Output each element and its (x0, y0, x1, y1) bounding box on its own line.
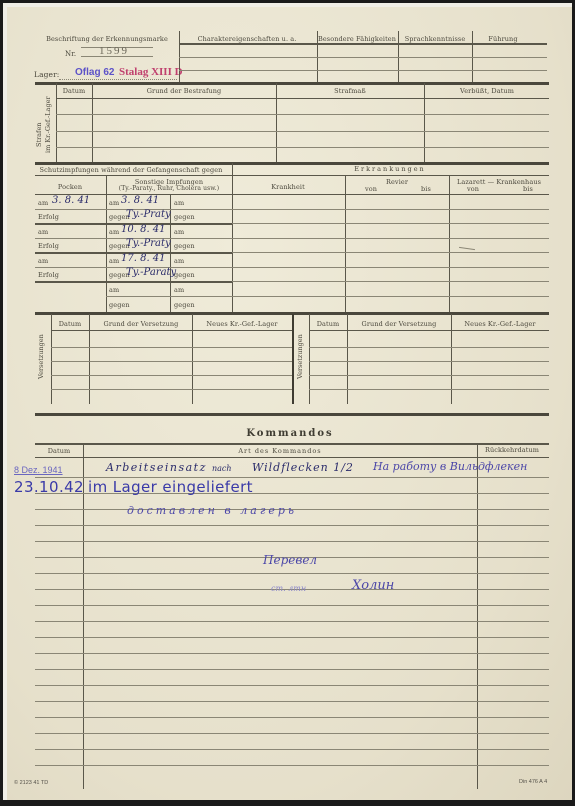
rule (56, 131, 549, 132)
rule (35, 717, 549, 718)
divider (292, 314, 294, 404)
strafen-col-datum: Datum (63, 87, 86, 95)
pocken-erfolg-label: Erfolg (38, 242, 59, 250)
rule (35, 669, 549, 670)
divider (449, 175, 450, 313)
rule (35, 457, 549, 458)
rule (35, 701, 549, 702)
lazarett-bis-label: bis (523, 185, 533, 193)
lazarett-von-label: von (467, 185, 479, 193)
sonstige-date-1: 3. 8. 41 (121, 195, 159, 206)
divider (347, 314, 348, 404)
sonstige-am-label: am (109, 228, 119, 236)
rule (179, 57, 547, 58)
rule (51, 347, 292, 348)
pocken-am-label: am (38, 199, 48, 207)
sonstige-gegen-label: gegen (109, 301, 130, 309)
vers-left-col-datum: Datum (59, 320, 82, 328)
rule (179, 70, 547, 71)
signature-line-1: Перевел (263, 553, 317, 567)
extra-gegen-label: gegen (174, 213, 195, 221)
sonstige-label-2: (Ty.-Paraty., Ruhr, Cholera usw.) (119, 185, 219, 192)
extra-gegen-label: gegen (174, 242, 195, 250)
nr-label: Nr. (65, 50, 76, 58)
kommando-date-2: 23.10.42 (14, 478, 84, 496)
sonstige-am-label: am (109, 199, 119, 207)
header-col-fuehrung: Führung (488, 35, 517, 43)
kommando-date-1: 8 Dez. 1941 (14, 465, 63, 475)
rule (51, 361, 292, 362)
divider (51, 314, 52, 404)
sonstige-date-2: 10. 8. 41 (121, 224, 166, 235)
vers-right-col-grund: Grund der Versetzung (362, 320, 437, 328)
rule (35, 175, 232, 176)
sonstige-against-1: Ty.-Praty (126, 209, 171, 220)
pocken-label: Pocken (58, 183, 82, 191)
divider (309, 314, 310, 404)
rule (232, 223, 549, 224)
krankheit-label: Krankheit (271, 183, 305, 191)
extra-am-label: am (174, 257, 184, 265)
rule (232, 252, 549, 253)
divider (89, 314, 90, 404)
rule (179, 43, 547, 45)
pocken-erfolg-label: Erfolg (38, 271, 59, 279)
strafen-col-verbuesst: Verbüßt, Datum (460, 87, 514, 95)
rule (35, 162, 549, 165)
extra-am-label: am (174, 286, 184, 294)
divider (345, 175, 346, 313)
rule (35, 733, 549, 734)
rule (309, 361, 549, 362)
rule (35, 749, 549, 750)
sonstige-against-3: Ty.-Paraty (126, 267, 176, 278)
kommandos-col-art: Art des Kommandos (238, 447, 321, 455)
vers-left-col-grund: Grund der Versetzung (104, 320, 179, 328)
extra-am-label: am (174, 199, 184, 207)
pocken-am-label: am (38, 257, 48, 265)
rule (35, 573, 549, 574)
stray-mark (459, 247, 475, 250)
kommandos-col-datum: Datum (48, 447, 71, 455)
kommando-text-de: Arbeitseinsatz (106, 461, 207, 474)
rule (35, 653, 549, 654)
kommandos-title: Kommandos (246, 428, 333, 439)
rule (35, 267, 549, 268)
rule (56, 114, 549, 115)
kommando-text-typed: im Lager eingeliefert (88, 478, 253, 496)
revier-von-label: von (365, 185, 377, 193)
signature-line-2: ст. лтн (271, 584, 306, 593)
extra-gegen-label: gegen (174, 271, 195, 279)
pocken-am-label: am (38, 228, 48, 236)
ident-label: Beschriftung der Erkennungsmarke (46, 35, 168, 43)
extra-am-label: am (174, 228, 184, 236)
rule (35, 765, 549, 766)
rule (51, 375, 292, 376)
kommando-nach: nach (212, 464, 232, 473)
nr-value: 1599 (99, 45, 129, 57)
divider (106, 175, 107, 313)
extra-gegen-label: gegen (174, 301, 195, 309)
footer-print-code: © 2123 41 TD (14, 780, 48, 786)
stamp-oflag: Oflag 62 (75, 67, 114, 78)
revier-bis-label: bis (421, 185, 431, 193)
strafen-side-label-1: Strafen (35, 123, 43, 148)
document-page: Beschriftung der Erkennungsmarke Nr. 159… (3, 3, 572, 800)
rule (309, 330, 549, 331)
revier-label: Revier (386, 178, 408, 186)
strafen-side-label-2: im Kr.-Gef.-Lager (44, 96, 52, 153)
signature-line-3: Холин (352, 578, 394, 593)
rule (35, 685, 549, 686)
strafen-col-strafmass: Strafmaß (334, 87, 366, 95)
footer-din-code: Din 476 A 4 (519, 779, 547, 785)
rule (35, 637, 549, 638)
sonstige-against-2: Ty.-Praty (126, 238, 171, 249)
divider (451, 314, 452, 404)
vers-right-col-lager: Neues Kr.-Gef.-Lager (464, 320, 535, 328)
rule (35, 281, 232, 283)
rule (35, 209, 549, 210)
lager-dotline (59, 79, 177, 80)
rule (35, 194, 549, 195)
vers-left-col-lager: Neues Kr.-Gef.-Lager (206, 320, 277, 328)
erkrankungen-header: Erkrankungen (354, 165, 425, 173)
rule (309, 375, 549, 376)
stamp-stalag: Stalag XIII D (119, 66, 183, 78)
header-col-faehigkeiten: Besondere Fähigkeiten (318, 35, 396, 43)
rule (309, 389, 549, 390)
rule (35, 525, 549, 526)
rule (35, 443, 549, 445)
lager-label: Lager: (34, 70, 59, 79)
impfungen-header: Schutzimpfungen während der Gefangenscha… (40, 166, 223, 174)
divider (56, 83, 57, 163)
sonstige-date-3: 17. 8. 41 (121, 253, 166, 264)
divider (477, 444, 478, 789)
rule (35, 238, 549, 239)
rule (51, 330, 292, 331)
rule (35, 605, 549, 606)
sonstige-am-label: am (109, 286, 119, 294)
header-col-charakter: Charaktereigenschaften u. a. (198, 35, 297, 43)
strafen-col-grund: Grund der Bestrafung (147, 87, 222, 95)
pocken-erfolg-label: Erfolg (38, 213, 59, 221)
header-col-sprachen: Sprachkenntnisse (405, 35, 466, 43)
rule (56, 98, 549, 99)
rule (106, 296, 549, 297)
rule (309, 347, 549, 348)
rule (35, 413, 549, 416)
rule (232, 175, 549, 176)
rule (35, 541, 549, 542)
vers-right-col-datum: Datum (317, 320, 340, 328)
rule (35, 82, 549, 85)
kommando-place: Wildflecken 1/2 (252, 461, 354, 474)
rule (51, 389, 292, 390)
kommando-text-ru-2: доставлен в лагерь (127, 504, 297, 517)
divider (276, 83, 277, 163)
divider (192, 314, 193, 404)
sonstige-am-label: am (109, 257, 119, 265)
rule (35, 621, 549, 622)
rule (232, 281, 549, 282)
pocken-date-1: 3. 8. 41 (52, 195, 90, 206)
versetzungen-side-label-right: Versetzungen (296, 334, 304, 379)
divider (92, 83, 93, 163)
kommando-text-ru: На работу в Вильдфлекен (373, 460, 527, 473)
versetzungen-side-label-left: Versetzungen (37, 334, 45, 379)
divider (424, 83, 425, 163)
kommandos-col-rueckkehr: Rückkehrdatum (485, 446, 539, 454)
rule (56, 147, 549, 148)
